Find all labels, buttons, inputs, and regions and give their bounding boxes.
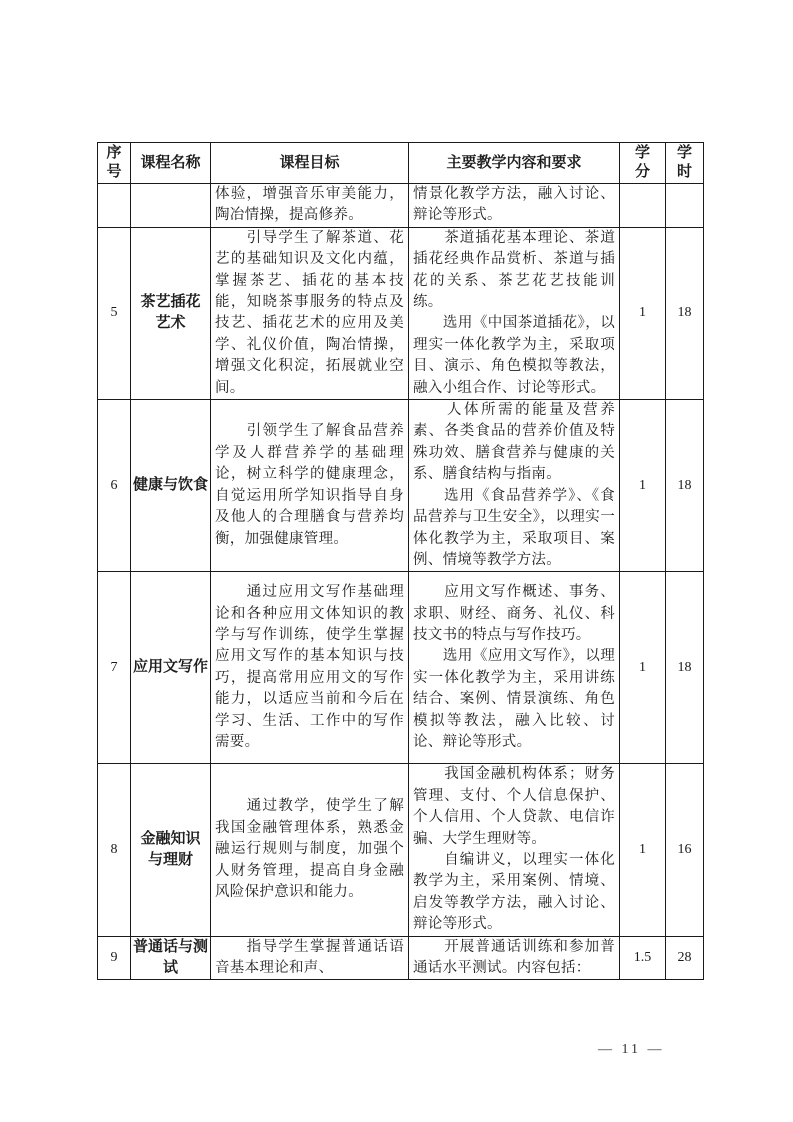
cell-credits: 1 (620, 764, 666, 936)
cell-credits: 1 (620, 572, 666, 764)
objective-paragraph: 指导学生掌握普通话语音基本理论和声、 (215, 937, 404, 980)
cell-contents: 人体所需的能量及营养素、各类食品的营养价值及特殊功效、膳食营养与健康的关系、膳食… (409, 400, 620, 572)
column-header-3: 主要教学内容和要求 (409, 143, 620, 184)
cell-objectives: 通过应用文写作基础理论和各种应用文体知识的教学与写作训练，使学生掌握应用文写作的… (211, 572, 409, 764)
cell-no: 9 (98, 936, 131, 980)
table-row: 7应用文写作 通过应用文写作基础理论和各种应用文体知识的教学与写作训练，使学生掌… (98, 572, 704, 764)
cell-hours (666, 184, 704, 228)
cell-hours: 18 (666, 227, 704, 399)
cell-contents: 我国金融机构体系；财务管理、支付、个人信息保护、个人信用、个人贷款、电信诈骗、大… (409, 764, 620, 936)
course-table: 序 号课程名称课程目标主要教学内容和要求学 分学 时 体验，增强音乐审美能力，陶… (97, 142, 704, 980)
cell-hours: 16 (666, 764, 704, 936)
cell-hours: 28 (666, 936, 704, 980)
cell-no: 8 (98, 764, 131, 936)
content-paragraph: 人体所需的能量及营养素、各类食品的营养价值及特殊功效、膳食营养与健康的关系、膳食… (413, 400, 615, 486)
cell-course-name: 金融知识 与理财 (131, 764, 211, 936)
cell-objectives: 通过教学，使学生了解我国金融管理体系，熟悉金融运行规则与制度，加强个人财务管理，… (211, 764, 409, 936)
table-row: 8金融知识 与理财 通过教学，使学生了解我国金融管理体系，熟悉金融运行规则与制度… (98, 764, 704, 936)
table-row: 体验，增强音乐审美能力，陶冶情操，提高修养。情景化教学方法，融入讨论、辩论等形式… (98, 184, 704, 228)
cell-objectives: 引领学生了解食品营养学及人群营养学的基础理论，树立科学的健康理念，自觉运用所学知… (211, 400, 409, 572)
cell-course-name: 健康与饮食 (131, 400, 211, 572)
cell-objectives: 引导学生了解茶道、花艺的基础知识及文化内蕴，掌握茶艺、插花的基本技能，知晓茶事服… (211, 227, 409, 399)
cell-course-name: 应用文写作 (131, 572, 211, 764)
column-header-0: 序 号 (98, 143, 131, 184)
cell-credits (620, 184, 666, 228)
page-number: — 11 — (598, 1042, 664, 1058)
content-paragraph: 选用《应用文写作》，以理实一体化教学为主，采用讲练结合、案例、情景演练、角色模拟… (413, 646, 615, 753)
cell-hours: 18 (666, 400, 704, 572)
content-paragraph: 开展普通话训练和参加普通话水平测试。内容包括： (413, 937, 615, 980)
cell-contents: 情景化教学方法，融入讨论、辩论等形式。 (409, 184, 620, 228)
table-row: 5茶艺插花 艺术 引导学生了解茶道、花艺的基础知识及文化内蕴，掌握茶艺、插花的基… (98, 227, 704, 399)
content-paragraph: 我国金融机构体系；财务管理、支付、个人信息保护、个人信用、个人贷款、电信诈骗、大… (413, 764, 615, 850)
column-header-2: 课程目标 (211, 143, 409, 184)
objective-paragraph: 引导学生了解茶道、花艺的基础知识及文化内蕴，掌握茶艺、插花的基本技能，知晓茶事服… (215, 228, 404, 399)
course-table-body: 体验，增强音乐审美能力，陶冶情操，提高修养。情景化教学方法，融入讨论、辩论等形式… (98, 184, 704, 980)
cell-contents: 茶道插花基本理论、茶道插花经典作品赏析、茶道与插花的关系、茶艺花艺技能训练。 选… (409, 227, 620, 399)
table-row: 9普通话与测 试 指导学生掌握普通话语音基本理论和声、 开展普通话训练和参加普通… (98, 936, 704, 980)
cell-course-name (131, 184, 211, 228)
cell-credits: 1 (620, 227, 666, 399)
cell-objectives: 指导学生掌握普通话语音基本理论和声、 (211, 936, 409, 980)
objective-paragraph: 引领学生了解食品营养学及人群营养学的基础理论，树立科学的健康理念，自觉运用所学知… (215, 421, 404, 549)
cell-no: 7 (98, 572, 131, 764)
cell-no (98, 184, 131, 228)
cell-contents: 应用文写作概述、事务、求职、财经、商务、礼仪、科技文书的特点与写作技巧。 选用《… (409, 572, 620, 764)
column-header-5: 学 时 (666, 143, 704, 184)
cell-course-name: 普通话与测 试 (131, 936, 211, 980)
table-row: 6健康与饮食 引领学生了解食品营养学及人群营养学的基础理论，树立科学的健康理念，… (98, 400, 704, 572)
cell-credits: 1 (620, 400, 666, 572)
content-paragraph: 应用文写作概述、事务、求职、财经、商务、礼仪、科技文书的特点与写作技巧。 (413, 582, 615, 646)
content-paragraph: 茶道插花基本理论、茶道插花经典作品赏析、茶道与插花的关系、茶艺花艺技能训练。 (413, 228, 615, 314)
header-row: 序 号课程名称课程目标主要教学内容和要求学 分学 时 (98, 143, 704, 184)
objective-paragraph: 体验，增强音乐审美能力，陶冶情操，提高修养。 (215, 184, 404, 227)
cell-hours: 18 (666, 572, 704, 764)
column-header-4: 学 分 (620, 143, 666, 184)
cell-objectives: 体验，增强音乐审美能力，陶冶情操，提高修养。 (211, 184, 409, 228)
column-header-1: 课程名称 (131, 143, 211, 184)
content-paragraph: 自编讲义，以理实一体化教学为主，采用案例、情境、启发等教学方法，融入讨论、辩论等… (413, 850, 615, 936)
cell-course-name: 茶艺插花 艺术 (131, 227, 211, 399)
cell-no: 5 (98, 227, 131, 399)
objective-paragraph: 通过应用文写作基础理论和各种应用文体知识的教学与写作训练，使学生掌握应用文写作的… (215, 582, 404, 753)
content-paragraph: 情景化教学方法，融入讨论、辩论等形式。 (413, 184, 615, 227)
objective-paragraph: 通过教学，使学生了解我国金融管理体系，熟悉金融运行规则与制度，加强个人财务管理，… (215, 796, 404, 903)
cell-no: 6 (98, 400, 131, 572)
content-paragraph: 选用《食品营养学》、《食品营养与卫生安全》，以理实一体化教学为主，采取项目、案例… (413, 486, 615, 572)
content-paragraph: 选用《中国茶道插花》，以理实一体化教学为主，采取项目、演示、角色模拟等教法，融入… (413, 313, 615, 399)
cell-contents: 开展普通话训练和参加普通话水平测试。内容包括： (409, 936, 620, 980)
course-table-header: 序 号课程名称课程目标主要教学内容和要求学 分学 时 (98, 143, 704, 184)
cell-credits: 1.5 (620, 936, 666, 980)
document-page: 序 号课程名称课程目标主要教学内容和要求学 分学 时 体验，增强音乐审美能力，陶… (0, 0, 793, 1122)
